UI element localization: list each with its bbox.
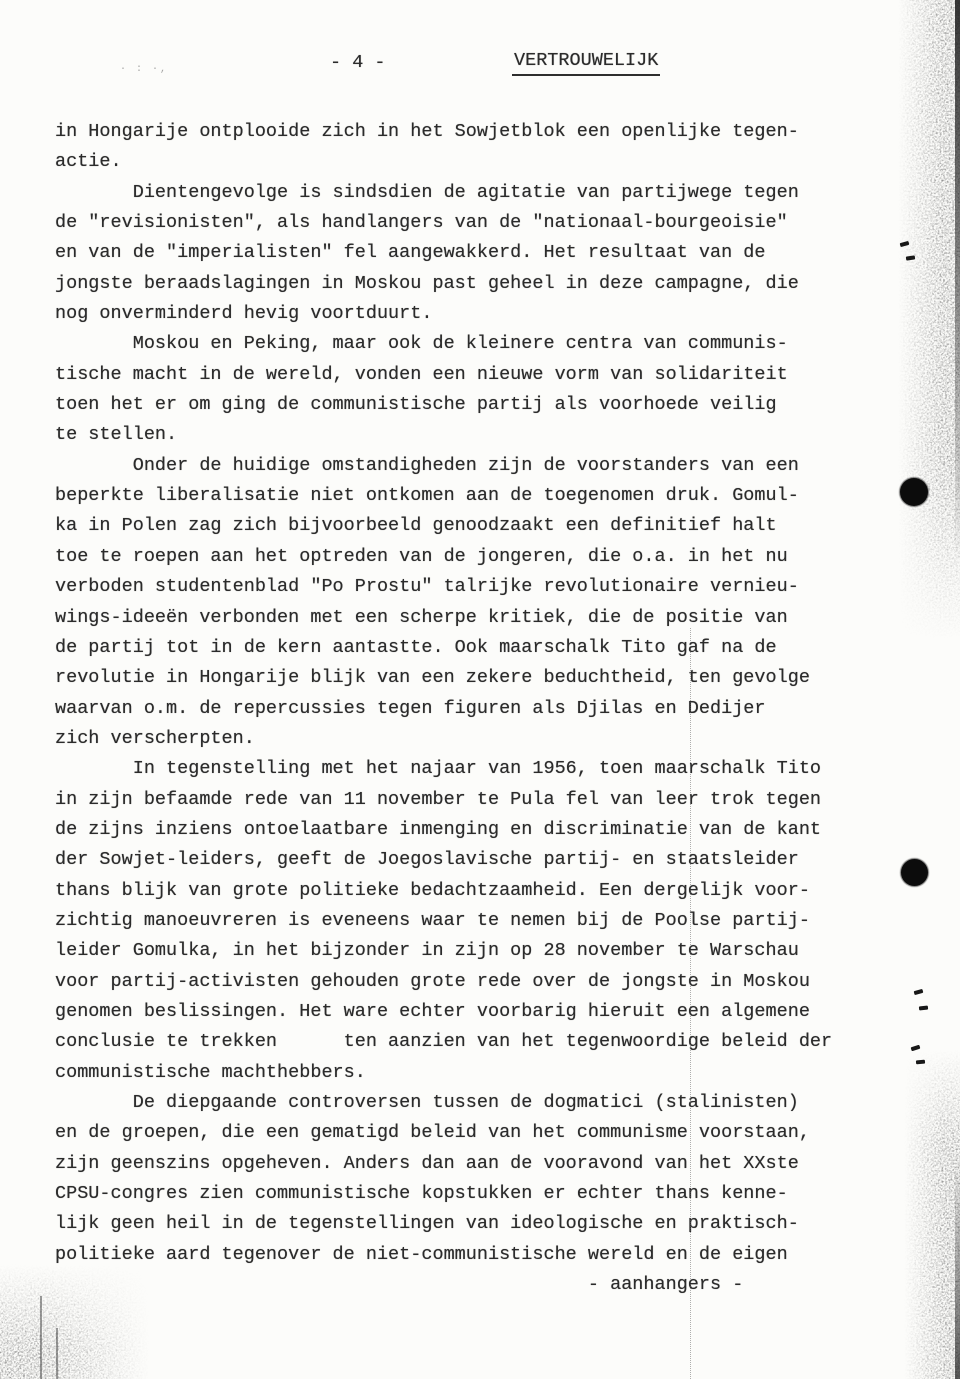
text-line: de partij tot in de kern aantastte. Ook …: [55, 633, 905, 663]
text-line: De diepgaande controversen tussen de dog…: [55, 1088, 905, 1118]
page-number: - 4 -: [330, 52, 386, 73]
text-line: Onder de huidige omstandigheden zijn de …: [55, 451, 905, 481]
classification-stamp: VERTROUWELIJK: [512, 50, 660, 76]
text-line: leider Gomulka, in het bijzonder in zijn…: [55, 936, 905, 966]
pencil-line: [40, 1296, 42, 1379]
noise-fade: [904, 1049, 960, 1379]
scan-edge-shadow-top: [955, 0, 960, 560]
ink-dot: [900, 478, 928, 506]
text-line: revolutie in Hongarije blijk van een zek…: [55, 663, 905, 693]
text-line: CPSU-congres zien communistische kopstuk…: [55, 1179, 905, 1209]
text-line: actie.: [55, 147, 905, 177]
text-line: te stellen.: [55, 420, 905, 450]
text-line: wings-ideeën verbonden met een scherpe k…: [55, 603, 905, 633]
text-line: de "revisionisten", als handlangers van …: [55, 208, 905, 238]
noise-fade: [904, 1049, 960, 1379]
text-line: jongste beraadslagingen in Moskou past g…: [55, 269, 905, 299]
text-line: lijk geen heil in de tegenstellingen van…: [55, 1209, 905, 1239]
text-line: zich verscherpten.: [55, 724, 905, 754]
text-line: beperkte liberalisatie niet ontkomen aan…: [55, 481, 905, 511]
text-line: verboden studentenblad "Po Prostu" talri…: [55, 572, 905, 602]
text-line: toen het er om ging de communistische pa…: [55, 390, 905, 420]
scan-noise: [898, 0, 960, 640]
text-line: de zijns inziens ontoelaatbare inmenging…: [55, 815, 905, 845]
text-line: zijn geenszins opgeheven. Anders dan aan…: [55, 1149, 905, 1179]
margin-pen-mark: [911, 1045, 921, 1052]
text-line: nog onverminderd hevig voortduurt.: [55, 299, 905, 329]
text-line: politieke aard tegenover de niet-communi…: [55, 1240, 905, 1270]
text-line: genomen beslissingen. Het ware echter vo…: [55, 997, 905, 1027]
text-line: voor partij-activisten gehouden grote re…: [55, 967, 905, 997]
noise-fade: [898, 0, 960, 640]
text-line: Moskou en Peking, maar ook de kleinere c…: [55, 329, 905, 359]
text-line: en van de "imperialisten" fel aangewakke…: [55, 238, 905, 268]
scan-noise-bottom-right: [904, 1049, 960, 1379]
margin-pen-mark: [906, 255, 915, 260]
text-line: In tegenstelling met het najaar van 1956…: [55, 754, 905, 784]
text-line: waarvan o.m. de repercussies tegen figur…: [55, 694, 905, 724]
body-text: in Hongarije ontplooide zich in het Sowj…: [55, 117, 905, 1300]
text-line: thans blijk van grote politieke bedachtz…: [55, 876, 905, 906]
text-line: der Sowjet-leiders, geeft de Joegoslavis…: [55, 845, 905, 875]
noise-fade: [898, 0, 960, 640]
pencil-line: [56, 1328, 58, 1379]
text-line: in zijn befaamde rede van 11 november te…: [55, 785, 905, 815]
pencil-smudge: · : ·,: [120, 64, 168, 75]
text-line: communistische machthebbers.: [55, 1058, 905, 1088]
margin-pen-mark: [916, 1060, 925, 1065]
text-line: conclusie te trekken ten aanzien van het…: [55, 1027, 905, 1057]
ink-dot: [901, 859, 928, 886]
text-line: - aanhangers -: [55, 1270, 905, 1300]
fold-crease-line: [690, 628, 691, 1379]
margin-pen-mark: [919, 1006, 928, 1011]
text-line: ka in Polen zag zich bijvoorbeeld genood…: [55, 511, 905, 541]
text-line: Dientengevolge is sindsdien de agitatie …: [55, 178, 905, 208]
text-line: zichtig manoeuvreren is eveneens waar te…: [55, 906, 905, 936]
text-line: tische macht in de wereld, vonden een ni…: [55, 360, 905, 390]
text-line: en de groepen, die een gematigd beleid v…: [55, 1118, 905, 1148]
margin-pen-mark: [914, 989, 924, 995]
scan-noise: [904, 1049, 960, 1379]
scanned-document-page: - 4 - VERTROUWELIJK in Hongarije ontploo…: [0, 0, 960, 1379]
text-line: in Hongarije ontplooide zich in het Sowj…: [55, 117, 905, 147]
scan-noise-top-right: [898, 0, 960, 640]
scan-edge-shadow-bottom: [955, 1159, 960, 1379]
text-line: toe te roepen aan het optreden van de jo…: [55, 542, 905, 572]
